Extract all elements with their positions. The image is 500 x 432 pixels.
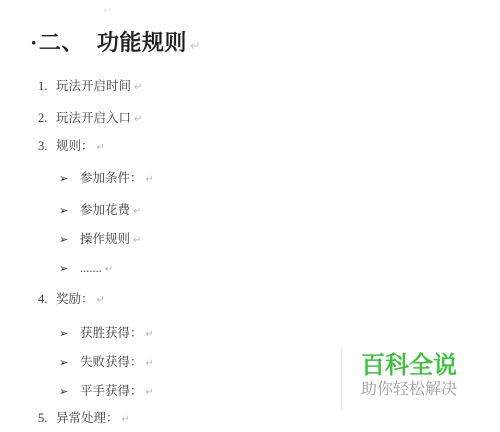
list-item-numbered: 5.异常处理：↵: [0, 410, 130, 428]
list-item-text: 平手获得：: [80, 383, 143, 399]
paragraph-return-mark: ↵: [105, 262, 113, 278]
list-item-text: 参加条件：: [80, 170, 143, 186]
list-item-numbered: 2.玩法开启入口↵: [0, 110, 142, 128]
list-item-text: .......: [80, 260, 102, 276]
list-item-bullet: ➢操作规则↵: [0, 231, 141, 249]
list-item-text: 异常处理：: [56, 410, 119, 426]
arrow-bullet-icon: ➢: [59, 232, 80, 248]
paragraph-return-mark: ↵: [133, 233, 141, 249]
arrow-bullet-icon: ➢: [59, 261, 80, 277]
list-item-text: 参加花费: [80, 202, 130, 218]
list-number: 4.: [38, 291, 56, 307]
heading-title: 功能规则: [97, 26, 187, 57]
list-item-numbered: 1.玩法开启时间↵: [0, 78, 142, 96]
list-item-text: 奖励：: [56, 291, 94, 307]
watermark-title: 百科全说: [342, 352, 476, 380]
paragraph-return-mark: ↵: [122, 412, 130, 428]
paragraph-return-mark: ↵: [134, 112, 142, 128]
list-item-text: 规则：: [56, 138, 94, 154]
list-item-text: 操作规则: [80, 231, 130, 247]
list-item-bullet: ➢获胜获得：↵: [0, 325, 154, 343]
list-number: 5.: [38, 410, 56, 426]
arrow-bullet-icon: ➢: [59, 355, 80, 371]
heading-dot: ·: [30, 30, 38, 56]
list-number: 2.: [38, 110, 56, 126]
arrow-bullet-icon: ➢: [59, 203, 80, 219]
list-item-text: 失败获得：: [80, 354, 143, 370]
list-item-bullet: ➢平手获得：↵: [0, 383, 154, 401]
list-item-bullet: ➢.......↵: [0, 260, 113, 278]
paragraph-return-mark: ↵: [146, 327, 154, 343]
paragraph-return-mark: ↵: [146, 356, 154, 372]
paragraph-return-mark: ↵: [97, 293, 105, 309]
list-item-numbered: 3.规则：↵: [0, 138, 105, 156]
paragraph-return-mark: ↵: [190, 39, 201, 54]
list-number: 1.: [38, 78, 56, 94]
section-heading: · 二、 功能规则 ↵: [30, 26, 201, 57]
paragraph-return-mark: ↵: [97, 140, 105, 156]
list-item-bullet: ➢参加花费↵: [0, 202, 141, 220]
arrow-bullet-icon: ➢: [59, 384, 80, 400]
watermark-badge: 百科全说 助你轻松解决: [342, 352, 476, 399]
watermark-subtitle: 助你轻松解决: [342, 381, 476, 399]
paragraph-return-mark: ↵: [146, 172, 154, 188]
list-item-bullet: ➢失败获得：↵: [0, 354, 154, 372]
paragraph-return-mark: ↵: [134, 80, 142, 96]
paragraph-return-mark: ↵: [133, 204, 141, 220]
list-item-text: 获胜获得：: [80, 325, 143, 341]
list-item-text: 玩法开启时间: [56, 78, 131, 94]
list-item-text: 玩法开启入口: [56, 110, 131, 126]
paragraph-return-mark: ↵: [146, 385, 154, 401]
heading-number: 二、: [39, 26, 84, 57]
list-item-numbered: 4.奖励：↵: [0, 291, 105, 309]
list-number: 3.: [38, 138, 56, 154]
arrow-bullet-icon: ➢: [59, 326, 80, 342]
list-item-bullet: ➢参加条件：↵: [0, 170, 154, 188]
faint-paragraph-mark: ↵: [103, 4, 112, 17]
arrow-bullet-icon: ➢: [59, 171, 80, 187]
